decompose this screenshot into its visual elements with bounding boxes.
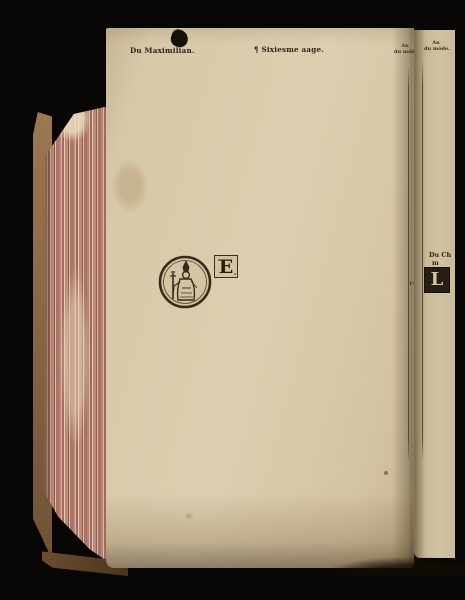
text-line: en fut le fondateur le roy Charles .viii… xyxy=(162,454,390,462)
margin-column-header-line: du mōde. xyxy=(424,46,448,52)
text-line: au disner par ledit chastellain conte de… xyxy=(162,147,390,155)
text-line-fragment: auoit faict a l xyxy=(425,381,455,389)
text-line: tion dominicale regnant en pontificat a … xyxy=(162,447,390,455)
text-line-fragment: este mes long xyxy=(425,296,455,304)
margin-note-line: lobseruāce de xyxy=(114,455,162,462)
text-line: Francois & saincte Vrsule et tous les sa… xyxy=(162,470,390,478)
text-line: tant en sa chambre des comptes a Paris q… xyxy=(162,485,390,493)
page-stain xyxy=(184,512,194,520)
margin-note-line: Lyon fut fon xyxy=(114,462,162,469)
text-line: roy Despaigne deuoit tousiours estre bon… xyxy=(162,339,390,347)
text-line: ment les deniers desquelz elle estoit de… xyxy=(162,331,390,339)
facing-section-heading: Du Ch xyxy=(429,251,451,259)
margin-note-line: Lentreprinse xyxy=(114,384,162,391)
text-line: furent dressees & apprestees au royal pa… xyxy=(162,108,390,116)
text-line: tyrans persecuteurs qui les molestoient/… xyxy=(162,231,390,239)
text-line-fragment: et semblablem xyxy=(425,389,455,397)
text-line-fragment: deceust dudit xyxy=(425,350,455,358)
margin-note-line: Alexandre pa xyxy=(114,264,162,271)
text-line-fragment: roy docteur xyxy=(425,141,455,149)
text-line-fragment: present duc de xyxy=(425,443,455,451)
text-line: iiii.xx.&.xiii. auant Pasques/et le .xxv… xyxy=(162,439,390,447)
text-line-fragment: songneux/tou xyxy=(425,319,455,327)
text-line-fragment: dudit conuēt xyxy=(425,241,455,249)
facing-page-edge: An du mōde. de sainct Jemission estoen s… xyxy=(414,30,455,558)
decorated-initial-e: E xyxy=(214,255,238,278)
text-line-fragment: Paris/et fist xyxy=(425,218,455,226)
text-line: ment paisible & pacificque possession de… xyxy=(162,70,390,78)
text-line: ont esté faictes & acōplies iusques icy … xyxy=(162,155,390,163)
text-line: roy & royne/ducz/contes & plusieurs autr… xyxy=(162,139,390,147)
text-line-fragment: ausedit Char xyxy=(425,459,455,467)
margin-note-line: Le roy rendit xyxy=(114,334,162,341)
text-line: sumptueuse grandeur/et preciosité & amen… xyxy=(162,116,390,124)
facing-margin-column-rule xyxy=(422,62,423,460)
text-line: toit homme sage & prudent et auoit le te… xyxy=(162,416,390,424)
paragraph-granada: ment paisible & pacificque possession de… xyxy=(162,70,390,262)
margin-note-lyon-convent: Et cōment delobseruāce deLyon fut fondee… xyxy=(114,448,162,476)
text-line-fragment: tant parsche xyxy=(425,203,455,211)
initial-letter: E xyxy=(219,256,233,278)
text-line: seruice & obeyssance a sa maiesté royall… xyxy=(162,239,390,247)
text-line-fragment: Andrieu so xyxy=(425,156,455,164)
text-line-fragment: soient/et que xyxy=(425,335,455,343)
text-line: mille marcs dargent de pension et tribut… xyxy=(162,247,390,255)
text-line: les estans & mourut a Amboise. Le second… xyxy=(162,370,390,378)
text-line: faict en lan mil.cccc.iiii.xx.&.xii. ou … xyxy=(162,316,390,324)
text-line-fragment: rif de Bour xyxy=(425,172,455,180)
text-line-fragment: en signe de l xyxy=(425,79,455,87)
margin-note-line: sillon au roy xyxy=(114,348,162,355)
text-line-fragment: dictes filles xyxy=(425,226,455,234)
text-line-fragment: Frederich cor xyxy=(425,436,455,444)
margin-note-line: du voyage de xyxy=(114,391,162,398)
text-line-fragment: en vng cont xyxy=(425,187,455,195)
text-line-fragment: voit parsent xyxy=(425,102,455,110)
margin-column-header: An du mōde. xyxy=(394,43,416,55)
initial-letter: L xyxy=(431,269,444,290)
margin-note-roussillon: Le roy renditla cōté de roussillon au ro… xyxy=(114,334,162,362)
text-line-fragment: annees/et est xyxy=(425,86,455,94)
text-line-fragment: cardinal & ch xyxy=(425,312,455,320)
text-line: se. Apres ce que ladicte messe fut dicte… xyxy=(162,101,390,109)
text-line-fragment: la conte de P xyxy=(425,428,455,436)
margin-note-line: dee en ce tēps. xyxy=(114,469,162,476)
book-photograph: { "book": { "main_page": { "running_head… xyxy=(0,0,465,600)
text-line-fragment: auoit vng filz xyxy=(425,451,455,459)
pope-medallion-woodcut-icon xyxy=(158,255,212,309)
text-line: aydant nostre seigneur/et mesmement que … xyxy=(162,193,390,201)
text-line-fragment: ledit conte de xyxy=(425,467,455,475)
running-head-left: Du Maximilian. xyxy=(130,46,195,55)
text-line: religion et conuent de lobseruance de Ly… xyxy=(162,424,390,432)
text-line: dedié & consacré a dieu le createur. Et … xyxy=(162,93,390,101)
text-line: et le disner tresrichement et magnificqu… xyxy=(162,132,390,140)
text-line: ordōna et fist monseigneur Pierre duc de… xyxy=(162,408,390,416)
text-line: les meurs & conditions desditz maures ha… xyxy=(162,185,390,193)
text-line: ce qui estoit des appartenāces & dependa… xyxy=(162,162,390,170)
text-line: en toutes choses/lequel auoit eu trois e… xyxy=(162,354,390,362)
text-line: et que louenge et graces en soyent rendu… xyxy=(162,308,390,316)
text-line-fragment: non/monstri xyxy=(425,117,455,125)
paragraph-roussillon-naples-lyon: et que louenge et graces en soyent rendu… xyxy=(162,308,390,493)
text-line: ladicte cité de Grenade/il luy pleust le… xyxy=(162,224,390,232)
margin-column-rule xyxy=(408,68,409,460)
text-line-fragment: Vene duc de xyxy=(425,374,455,382)
text-line: ner ne bailler faueur a autruy. ¶ Le roy… xyxy=(162,347,390,355)
text-line-fragment: lon. Dudit C xyxy=(425,420,455,428)
text-line: a Courselles qui fut grant dommage pour … xyxy=(162,378,390,386)
text-line-fragment: ne de Berry fi xyxy=(425,304,455,312)
text-line: royne celebrer messe solennelle en vng n… xyxy=(162,78,390,86)
text-line-fragment: de Suisse co xyxy=(425,94,455,102)
facing-text-fragments-top: de sainct Jemission estoen signe de lann… xyxy=(425,63,455,249)
margin-note-alexander-vi: Alexandre pape. vi. du nom xyxy=(114,264,162,278)
decorated-initial-l: L xyxy=(424,267,450,293)
text-line: et pays a lenuiron affin que les ennemys… xyxy=(162,401,390,409)
text-line: fices prindrēt le chemin pour aller vers… xyxy=(162,201,390,209)
text-line: quoy fut deliberé de aller a la conquest… xyxy=(162,393,390,401)
text-line-fragment: ction de lad xyxy=(425,148,455,156)
margin-note-line: Et cōment de xyxy=(114,448,162,455)
text-line-fragment: nis vng reli xyxy=(425,164,455,172)
text-line-fragment: Charles dau xyxy=(425,412,455,420)
text-line-fragment: seigneur de xyxy=(425,125,455,133)
margin-note-line: la cōté de rous xyxy=(114,341,162,348)
text-line-fragment: royaulme q la xyxy=(425,405,455,413)
text-line-fragment: mission esto xyxy=(425,71,455,79)
text-line: ladicte cité de Grenade les orateurs & a… xyxy=(162,208,390,216)
text-line: dit par grande liberalité la conté de Ro… xyxy=(162,324,390,332)
page-stain xyxy=(112,160,148,212)
running-head-center: ¶ Sixiesme aage. xyxy=(254,45,324,54)
facing-text-fragments-bottom: este mes longne de Berry ficardinal & ch… xyxy=(425,296,455,482)
text-line: ses faictes et passees fut tenu conseil … xyxy=(162,385,390,393)
text-line-fragment: de cest obstina xyxy=(425,327,455,335)
text-line: drent par deuers sa royale maiesté humbl… xyxy=(162,216,390,224)
text-line-fragment: duc dorleans xyxy=(425,110,455,118)
margin-note-line: despaigne. xyxy=(114,355,162,362)
text-line-fragment: de sainct Je xyxy=(425,63,455,71)
text-line: venu en la main & obeyssance du roy dess… xyxy=(162,170,390,178)
text-line-fragment: les persecut xyxy=(425,210,455,218)
text-line-fragment: fist du roy Je xyxy=(425,397,455,405)
margin-column-header-line: du mōde. xyxy=(394,49,416,55)
facing-section-heading-line2: m xyxy=(432,259,439,267)
margin-note-naples-voyage: Lentreprinsedu voyage denaples. xyxy=(114,384,162,405)
margin-note-line: naples. xyxy=(114,398,162,405)
margin-note-line: pe. vi. du nom xyxy=(114,271,162,278)
text-line-fragment: de ieunes gen xyxy=(425,366,455,374)
text-line-fragment: le roy & la ro xyxy=(425,195,455,203)
text-line-fragment: cha et q fist xyxy=(425,234,455,242)
main-page: Du Maximilian. ¶ Sixiesme aage. An du mō… xyxy=(106,28,414,568)
text-line: seigneur leuesque de Aualos. Et commande… xyxy=(162,85,390,93)
text-line-fragment: bail archeue xyxy=(425,133,455,141)
text-line: acoustré par mondit seigneur le conte de… xyxy=(162,124,390,132)
text-line: nostre dame des anges. Le roy fist accep… xyxy=(162,477,390,485)
text-line-fragment: dōna au roy C xyxy=(425,474,455,482)
text-line: cuns moys en ladicte cité de Grenade ius… xyxy=(162,178,390,186)
text-line-fragment: lequel auoit xyxy=(425,179,455,187)
facing-margin-column-header: An du mōde. xyxy=(424,40,448,52)
text-line: uidence en a faict son cōmandement. Le p… xyxy=(162,362,390,370)
text-line: royne de France/fondee en lhonneur de di… xyxy=(162,462,390,470)
text-line: de ladicte ville au lieu des deux amans … xyxy=(162,431,390,439)
text-line-fragment: si auoit le roy xyxy=(425,358,455,366)
text-line-fragment: noit corps de xyxy=(425,343,455,351)
